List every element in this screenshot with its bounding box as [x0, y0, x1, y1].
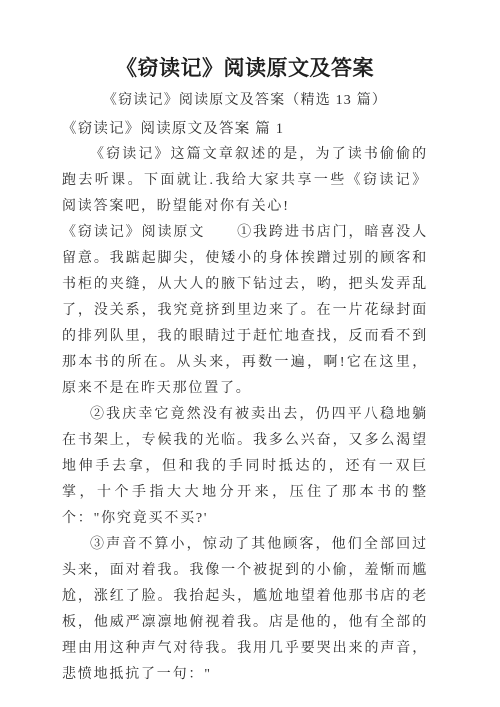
section-heading-part-1: 《窃读记》阅读原文及答案 篇 1	[62, 119, 428, 140]
original-text-paragraph-3: ③声音不算小，惊动了其他顾客，他们全部回过头来，面对着我。我像一个被捉到的小偷，…	[62, 532, 428, 688]
document-subtitle: 《窃读记》阅读原文及答案（精选 13 篇）	[62, 92, 428, 110]
intro-paragraph: 《窃读记》这篇文章叙述的是，为了读书偷偷的跑去听课。下面就让.我给大家共享一些《…	[62, 142, 428, 220]
document-page: 《窃读记》阅读原文及答案 《窃读记》阅读原文及答案（精选 13 篇） 《窃读记》…	[0, 0, 500, 707]
document-body: 《窃读记》这篇文章叙述的是，为了读书偷偷的跑去听课。下面就让.我给大家共享一些《…	[62, 142, 428, 688]
page-title: 《窃读记》阅读原文及答案	[62, 54, 428, 83]
original-text-paragraph-1: 《窃读记》阅读原文 ①我跨进书店门，暗喜没人留意。我踮起脚尖，使矮小的身体挨蹭过…	[62, 220, 428, 402]
original-text-paragraph-2: ②我庆幸它竟然没有被卖出去，仍四平八稳地躺在书架上，专候我的光临。我多么兴奋，又…	[62, 402, 428, 532]
